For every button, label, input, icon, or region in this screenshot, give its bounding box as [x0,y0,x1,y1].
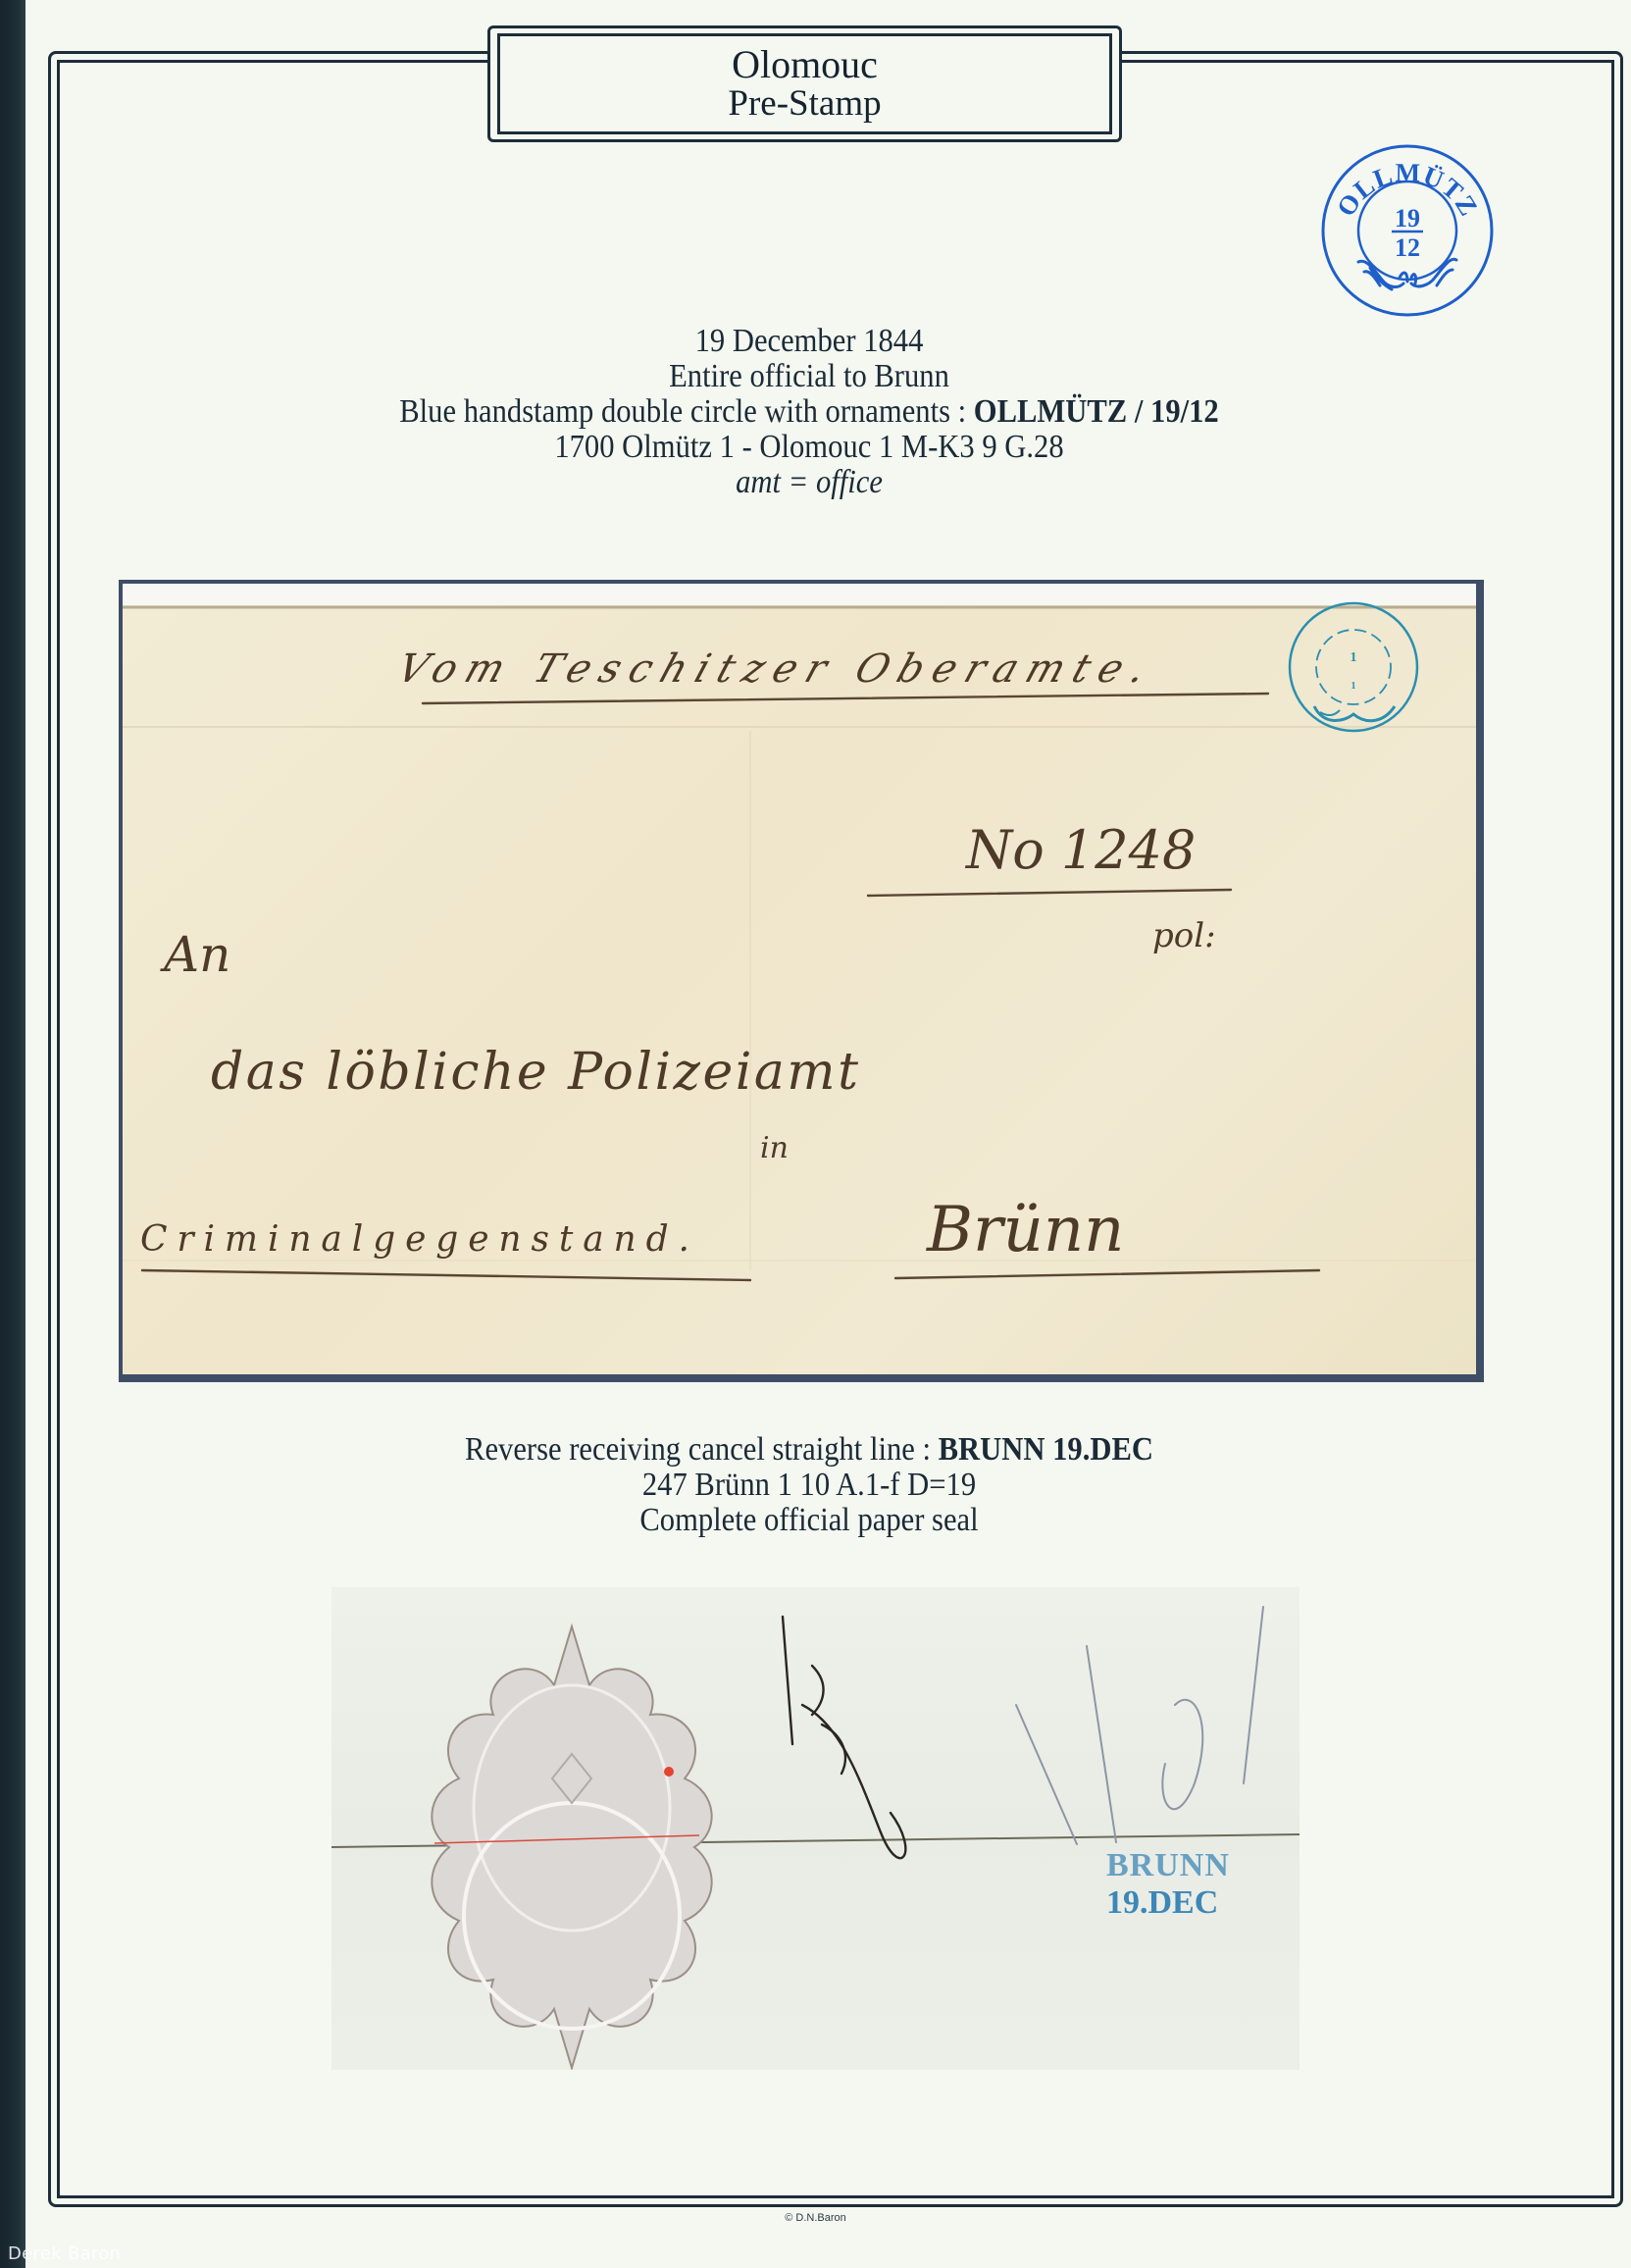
handstamp-name: OLLMÜTZ / 19/12 [974,393,1219,430]
cover-date: 19 December 1844 [187,324,1432,359]
page-subtitle: Pre-Stamp [728,84,881,124]
envelope-image-frame: 1 1 OLLMÜTZ Vom Teschitzer Oberamte. No … [119,580,1484,1382]
svg-text:19: 19 [1395,204,1420,232]
cancel-prefix: Reverse receiving cancel straight line : [465,1431,939,1468]
svg-text:pol:: pol: [1152,916,1216,955]
svg-text:in: in [760,1131,789,1165]
reverse-catalogue-reference: 247 Brünn 1 10 A.1-f D=19 [187,1468,1432,1503]
svg-text:Vom Teschitzer Oberamte.: Vom Teschitzer Oberamte. [391,645,1151,692]
entire-letter-front-icon: 1 1 OLLMÜTZ Vom Teschitzer Oberamte. No … [123,584,1476,1374]
page-title: Olomouc [732,45,878,84]
handstamp-description: Blue handstamp double circle with orname… [187,394,1432,430]
cancel-name: BRUNN 19.DEC [939,1431,1153,1468]
svg-text:An: An [160,926,230,983]
title-box: Olomouc Pre-Stamp [497,33,1112,134]
scan-edge [0,0,25,2268]
svg-text:das löbliche Polizeiamt: das löbliche Polizeiamt [211,1043,858,1102]
brunn-cancel: BRUNN 19.DEC [1106,1847,1230,1922]
catalogue-reference: 1700 Olmütz 1 - Olomouc 1 M-K3 9 G.28 [187,430,1432,465]
handstamp-prefix: Blue handstamp double circle with orname… [399,393,974,430]
cover-subject: Entire official to Brunn [187,359,1432,394]
svg-text:1: 1 [1351,650,1357,665]
receiving-cancel-description: Reverse receiving cancel straight line :… [187,1432,1432,1468]
ollmutz-handstamp-icon: OLLMÜTZ 19 12 [1309,132,1505,329]
reverse-description: Reverse receiving cancel straight line :… [187,1432,1432,1538]
brunn-cancel-town: BRUNN [1106,1847,1230,1884]
cover-description: 19 December 1844 Entire official to Brun… [187,324,1432,500]
paper-seal-reverse-icon: BRUNN 19.DEC [331,1587,1300,2070]
svg-text:Criminalgegenstand.: Criminalgegenstand. [140,1219,689,1260]
translation-note: amt = office [736,464,883,500]
brunn-cancel-date: 19.DEC [1106,1884,1230,1922]
seal-description: Complete official paper seal [187,1503,1432,1538]
svg-text:No 1248: No 1248 [964,819,1196,881]
copyright: © D.N.Baron [0,2212,1631,2224]
svg-text:1: 1 [1351,681,1356,692]
svg-text:Brünn: Brünn [926,1194,1124,1266]
watermark: Derek Baron [8,2243,121,2264]
svg-text:12: 12 [1395,233,1420,262]
